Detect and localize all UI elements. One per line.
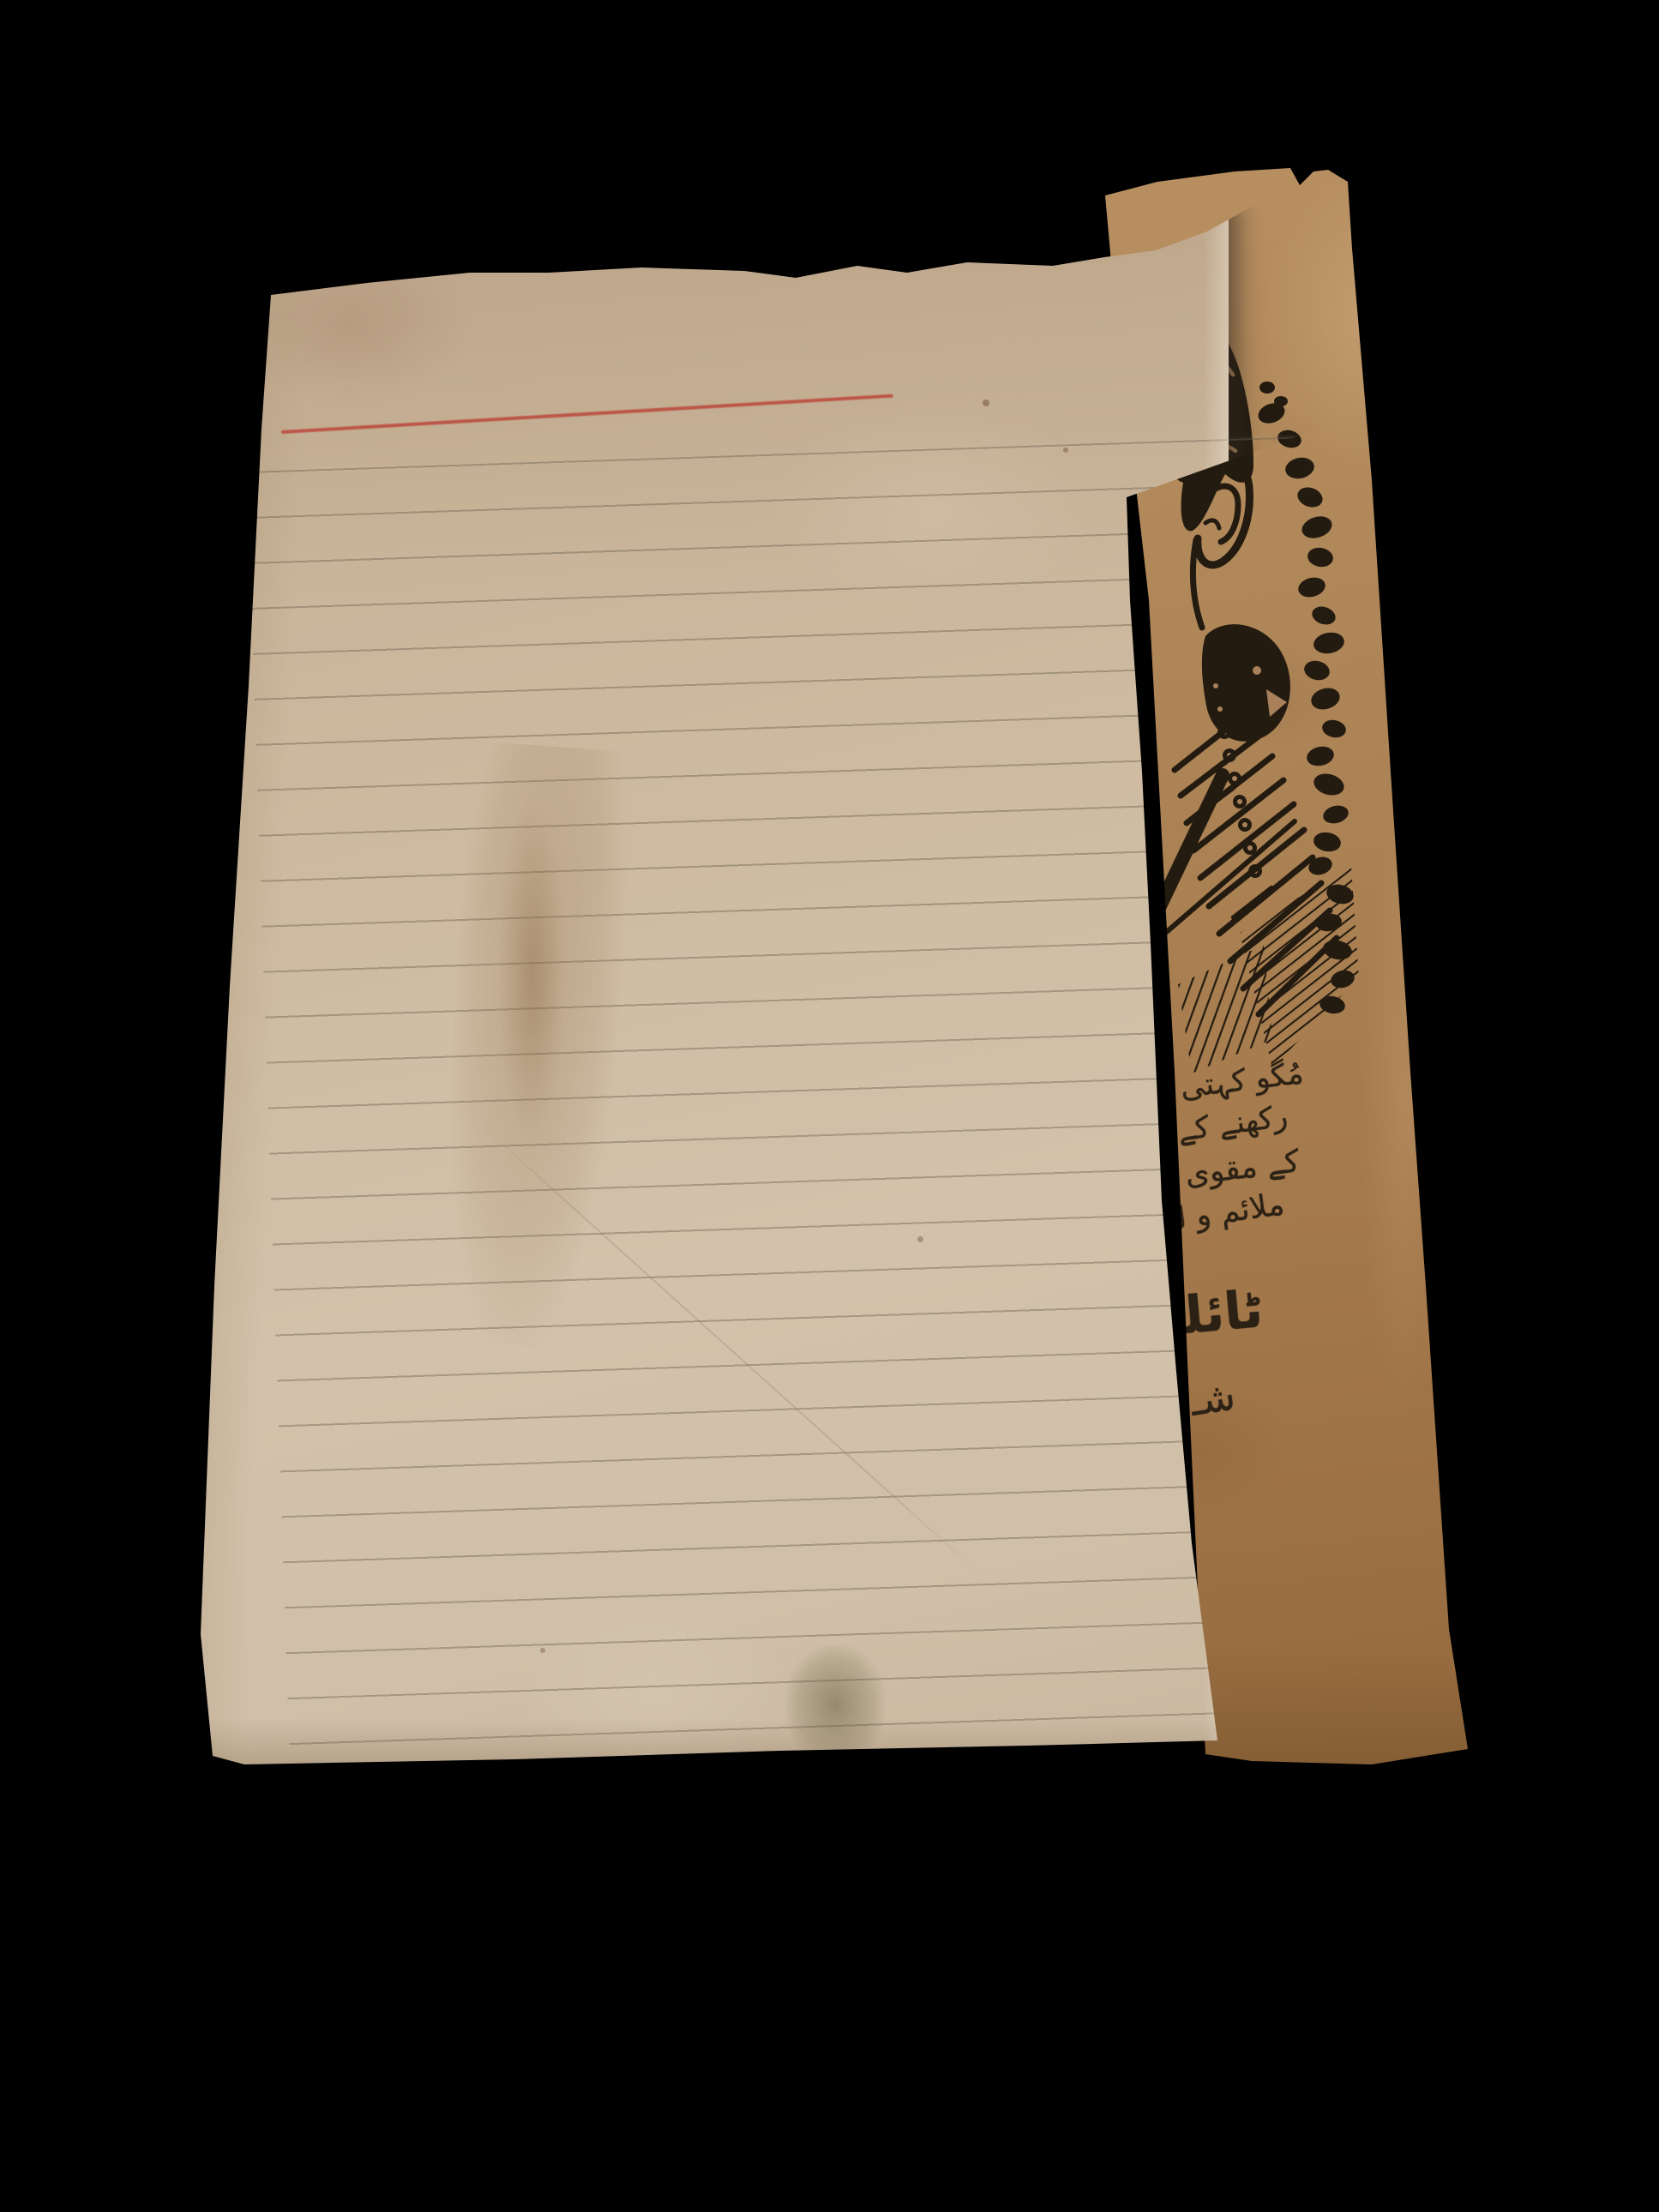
page-bottom-shadow — [195, 1719, 1229, 1770]
paper-speck — [983, 400, 989, 406]
red-margin-line — [281, 394, 893, 434]
photo-backdrop: مُگو کہتی ہیں رکھنے کے عل کے مقوی جلد مل… — [0, 0, 1659, 2212]
notebook: مُگو کہتی ہیں رکھنے کے عل کے مقوی جلد مل… — [0, 0, 1659, 2212]
calligraphy-mark: شـ — [1187, 1372, 1238, 1424]
lined-page — [195, 197, 1229, 1770]
